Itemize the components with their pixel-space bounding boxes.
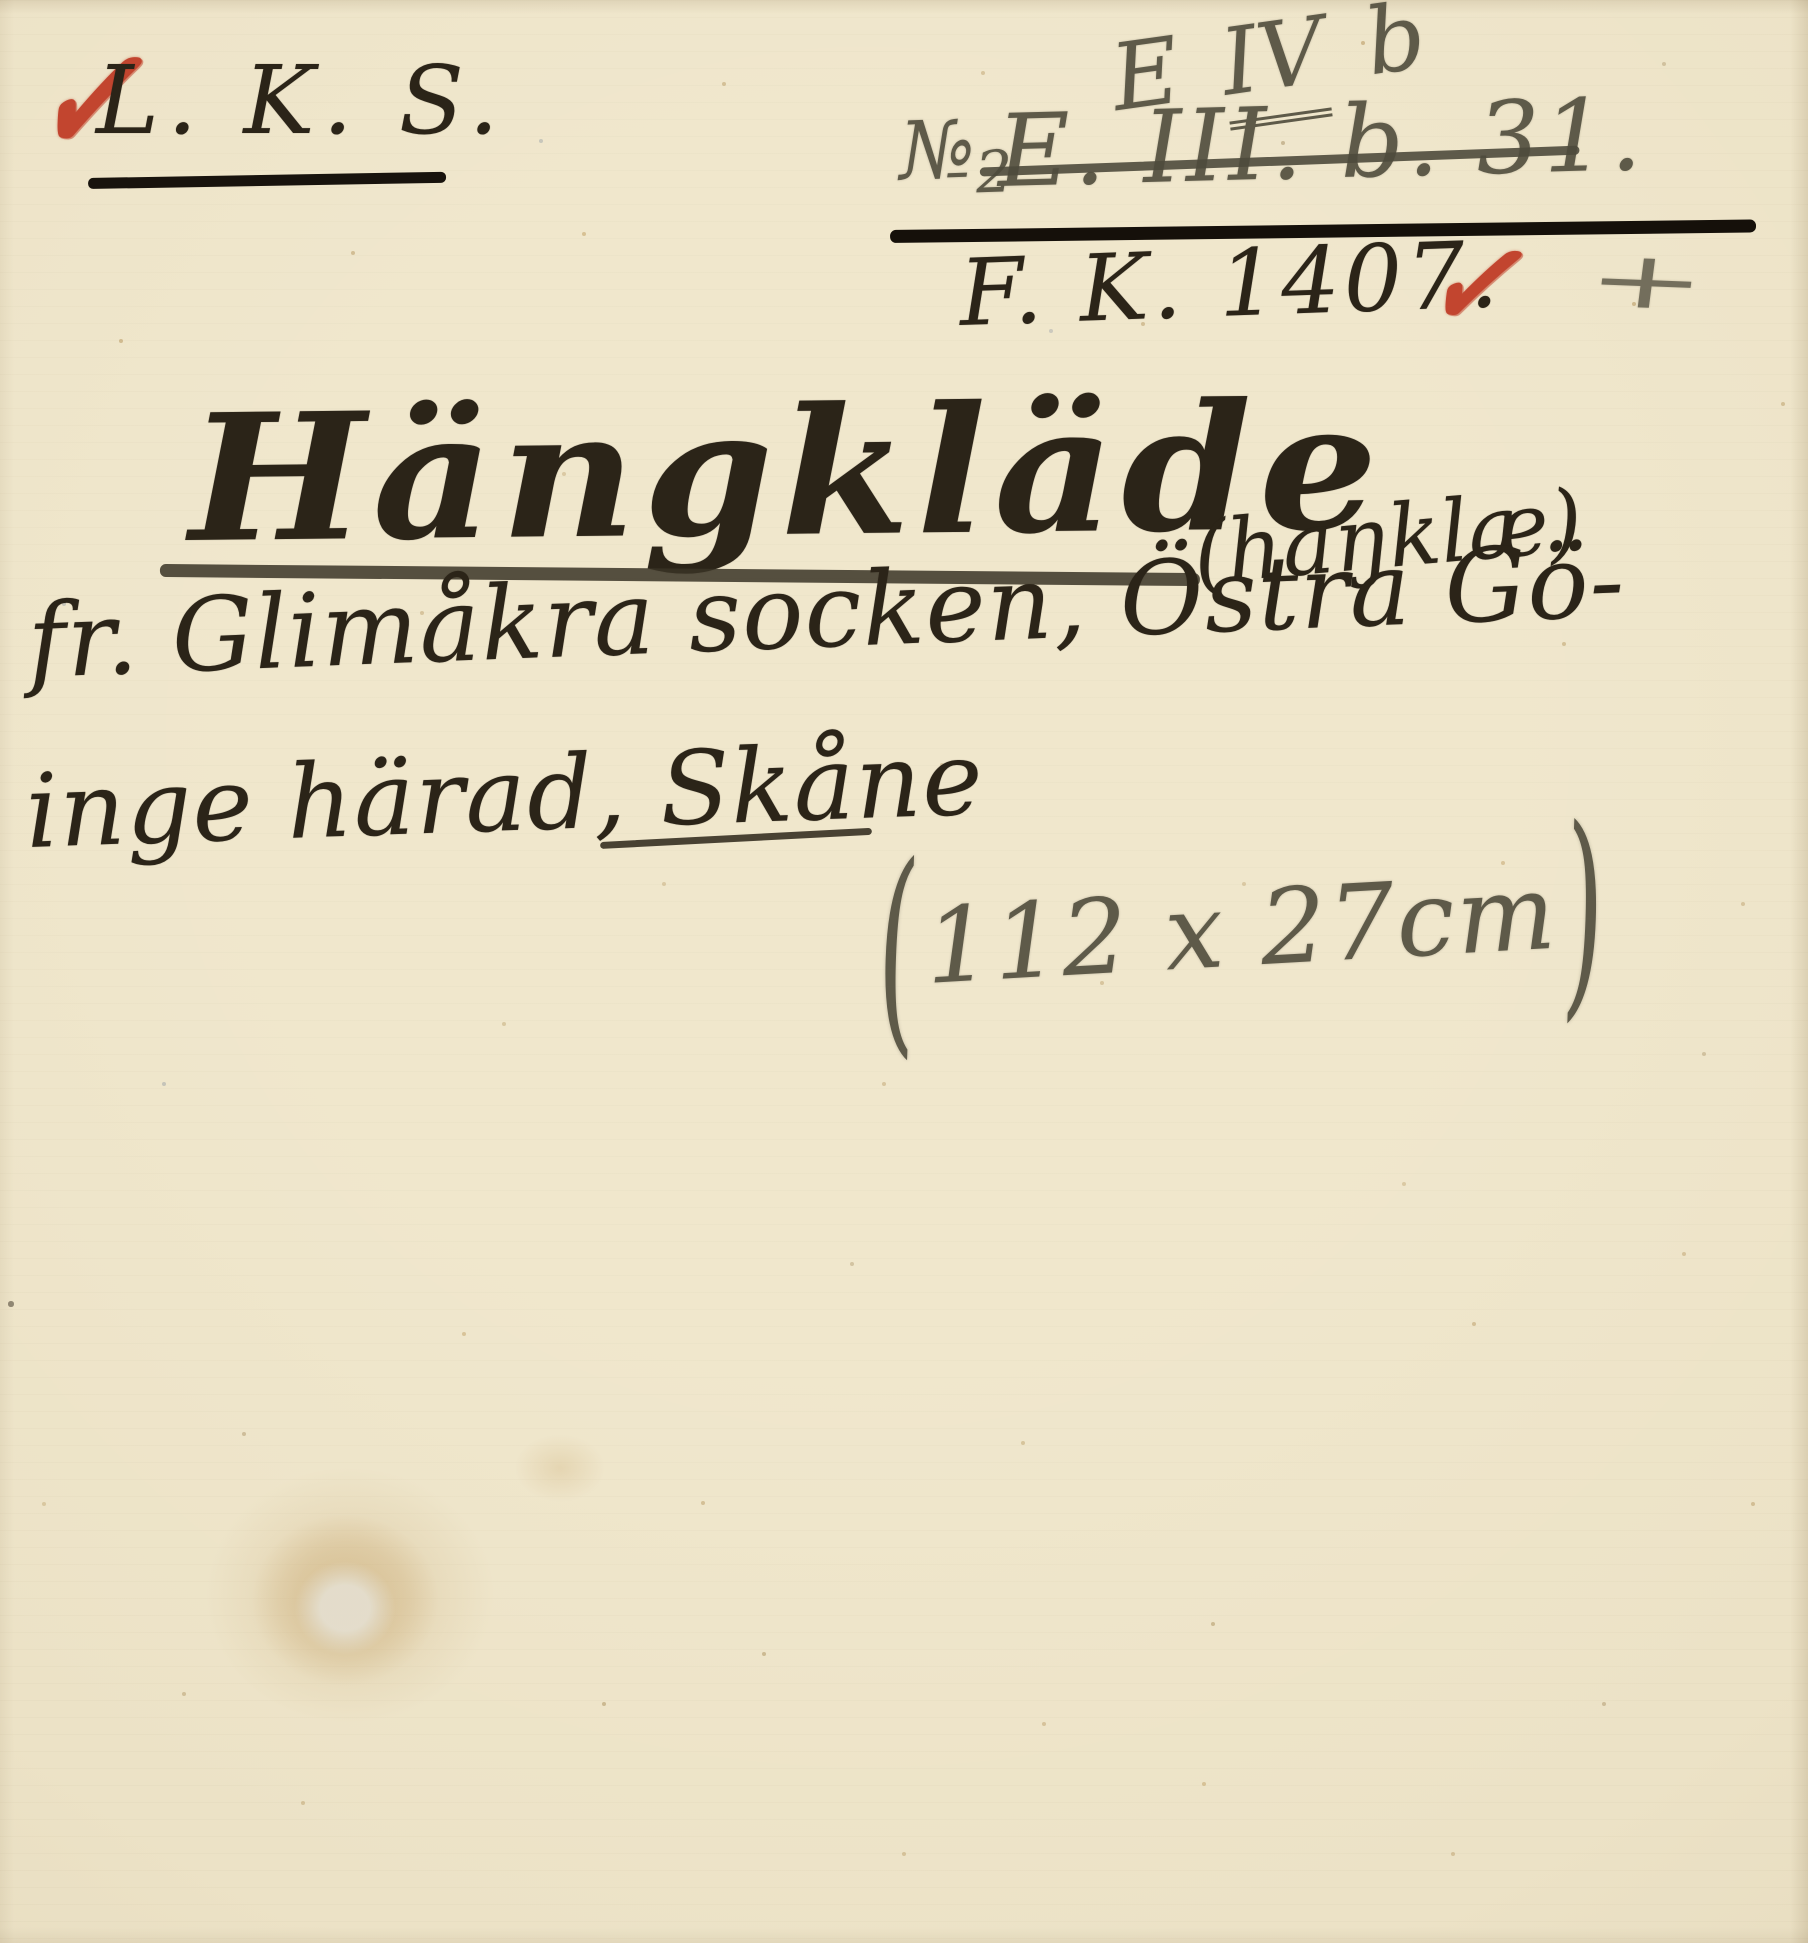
dimensions-value: 112 x 27	[922, 860, 1400, 1008]
archive-card: ✓ L. K. S. №2 E IV b E. III. b. 31. F. K…	[0, 0, 1808, 1943]
open-paren: (	[871, 836, 926, 1062]
library-mark-underline	[88, 172, 446, 189]
old-classification-group: E. III. b. 31.	[996, 85, 1646, 202]
library-mark: L. K. S.	[96, 54, 507, 149]
dimensions-unit: cm	[1393, 851, 1560, 982]
numero-sign: №	[898, 102, 977, 198]
paper-fiber-specks	[0, 0, 2, 2]
close-paren: )	[1557, 797, 1612, 1023]
plus-mark-icon: +	[1582, 240, 1711, 323]
red-checkmark-icon: ✓	[1418, 212, 1527, 354]
dimensions-note: (112 x 27cm)	[868, 857, 1614, 1002]
provenance-line-2: inge härad, Skåne	[24, 729, 985, 864]
old-classification-code: E. III. b. 31.	[996, 85, 1646, 202]
